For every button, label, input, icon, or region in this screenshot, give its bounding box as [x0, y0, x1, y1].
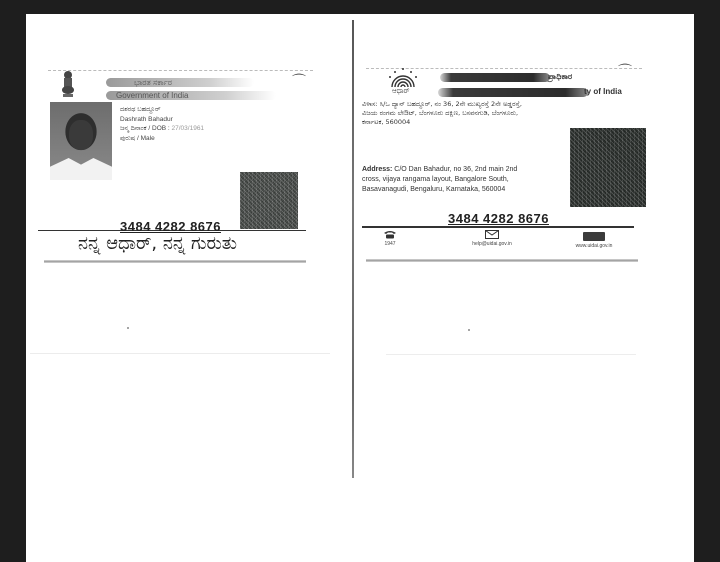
aadhaar-number: 3484 4282 8676 [120, 219, 221, 234]
address-label: Address: [362, 166, 392, 173]
scan-speck [468, 329, 470, 331]
scan-artifact-line [30, 353, 330, 354]
dob-label: ಜನ್ಮ ದಿನಾಂಕ / DOB : [120, 125, 170, 132]
header-english-tail: ty of India [584, 87, 622, 96]
page-fold-line [352, 20, 354, 478]
card-edge-dotted [48, 70, 313, 71]
envelope-icon [485, 230, 499, 239]
footer-phone: 1947 [378, 230, 402, 247]
phone-text: 1947 [384, 241, 395, 247]
address-kannada: ವಿಳಾಸ: ಸಿ/ಒ ದ್ಯಾನ್ ಬಹದ್ದೂರ್, ನಂ 36, 2ನೇ … [362, 100, 532, 127]
national-emblem-icon [60, 70, 76, 98]
address-english: Address: C/O Dan Bahadur, no 36, 2nd mai… [362, 165, 537, 195]
scanned-page: ⌒ ಭಾರತ ಸರ್ಕಾರ Government of India ದಶರಥ ಬ… [26, 14, 694, 562]
divider-line [362, 226, 634, 228]
scan-speck [127, 327, 129, 329]
aadhaar-back-card: ⌒ ಆಧಾರ್ ಪ್ರಾಧಿಕಾರ ty of India ವಿಳಾಸ: ಸಿ/… [362, 64, 644, 264]
gender: ಪುರುಷ / Male [120, 134, 204, 144]
scan-mark: ⌒ [618, 64, 632, 78]
scan-mark: ⌒ [292, 74, 306, 88]
footer-web: www.uidai.gov.in [566, 232, 622, 249]
telephone-icon [384, 230, 396, 239]
redacted-header-english [438, 88, 588, 97]
holder-details: ದಶರಥ ಬಹದ್ದೂರ್ Dashrath Bahadur ಜನ್ಮ ದಿನಾ… [120, 105, 204, 143]
holder-photo [50, 102, 112, 180]
footer-email: help@uidai.gov.in [462, 230, 522, 247]
name-english: Dashrath Bahadur [120, 115, 204, 125]
scan-artifact-line [386, 354, 636, 355]
photo-shirt [50, 158, 112, 180]
dob-row: ಜನ್ಮ ದಿನಾಂಕ / DOB : 27/03/1961 [120, 124, 204, 134]
aadhaar-logo-text: ಆಧಾರ್ [392, 87, 410, 96]
header-kannada-tail: ಪ್ರಾಧಿಕಾರ [548, 72, 572, 82]
qr-code [570, 128, 646, 207]
header-english: Government of India [106, 91, 276, 100]
card-bottom-edge [44, 260, 306, 263]
web-text: www.uidai.gov.in [576, 243, 613, 249]
aadhaar-number: 3484 4282 8676 [448, 211, 549, 226]
redacted-header-kannada [440, 73, 550, 82]
photo-face [69, 120, 93, 150]
dob-value: 27/03/1961 [172, 125, 205, 132]
qr-code [240, 172, 298, 229]
scanner-top-frame [0, 0, 720, 14]
header-kannada: ಭಾರತ ಸರ್ಕಾರ [106, 78, 254, 87]
name-kannada: ದಶರಥ ಬಹದ್ದೂರ್ [120, 105, 204, 115]
www-icon [583, 232, 605, 241]
email-text: help@uidai.gov.in [472, 241, 511, 247]
tagline-kannada: ನನ್ನ ಆಧಾರ್, ನನ್ನ ಗುರುತು [78, 233, 237, 254]
card-bottom-edge [366, 259, 638, 262]
aadhaar-front-card: ⌒ ಭಾರತ ಸರ್ಕಾರ Government of India ದಶರಥ ಬ… [40, 68, 310, 263]
